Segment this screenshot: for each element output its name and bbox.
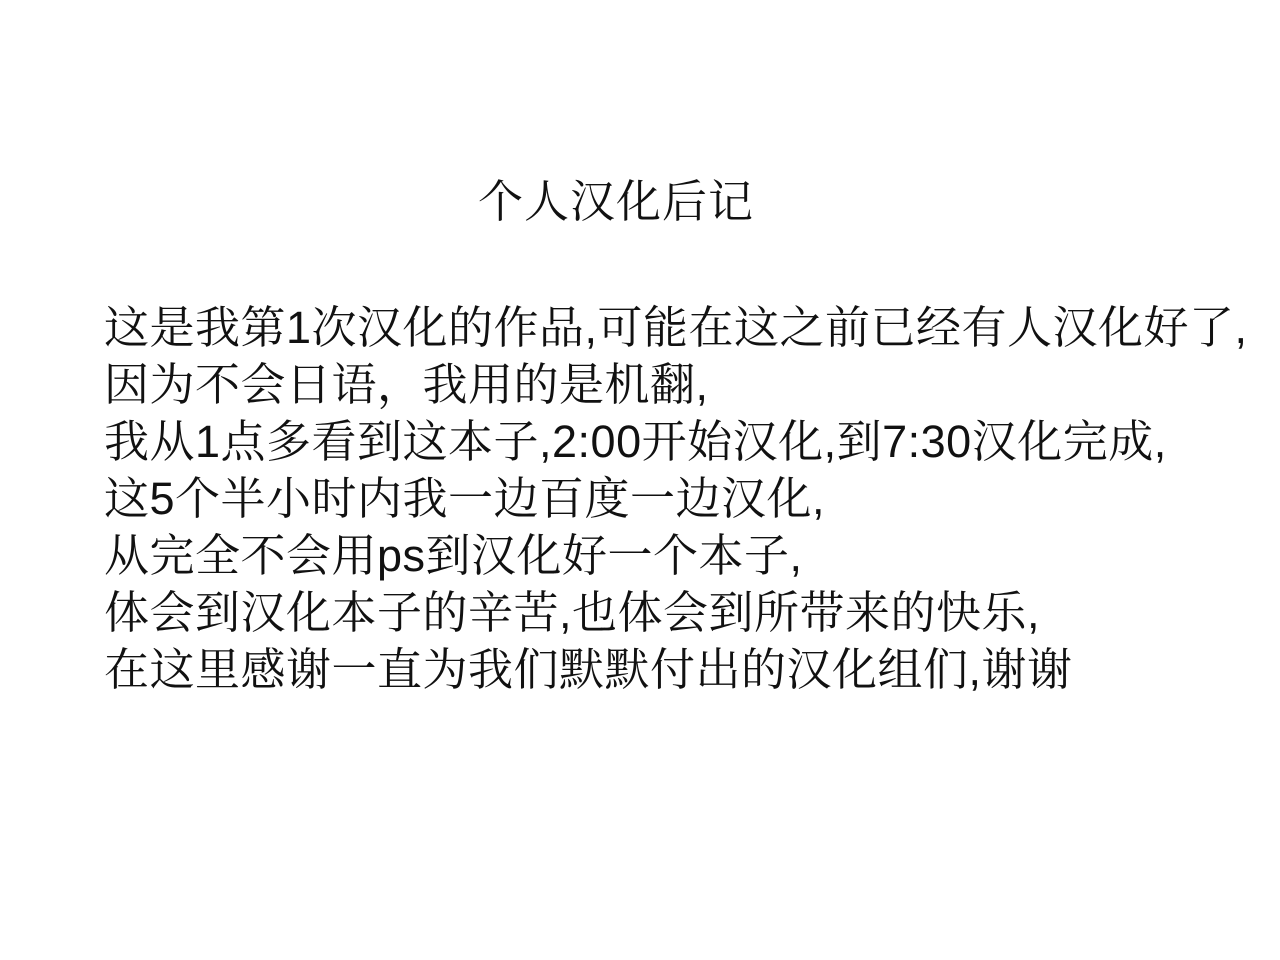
afterword-page: 个人汉化后记 这是我第1次汉化的作品,可能在这之前已经有人汉化好了, 因为不会日… (0, 0, 1280, 960)
afterword-line: 从完全不会用ps到汉化好一个本子, (104, 527, 1264, 584)
afterword-line: 这是我第1次汉化的作品,可能在这之前已经有人汉化好了, (104, 299, 1264, 356)
afterword-line: 因为不会日语，我用的是机翻, (104, 356, 1264, 413)
afterword-line: 这5个半小时内我一边百度一边汉化, (104, 470, 1264, 527)
afterword-body: 这是我第1次汉化的作品,可能在这之前已经有人汉化好了, 因为不会日语，我用的是机… (104, 299, 1264, 698)
afterword-line: 在这里感谢一直为我们默默付出的汉化组们,谢谢 (104, 641, 1264, 698)
afterword-line: 体会到汉化本子的辛苦,也体会到所带来的快乐, (104, 584, 1264, 641)
afterword-line: 我从1点多看到这本子,2:00开始汉化,到7:30汉化完成, (104, 413, 1264, 470)
page-title: 个人汉化后记 (0, 177, 1232, 227)
